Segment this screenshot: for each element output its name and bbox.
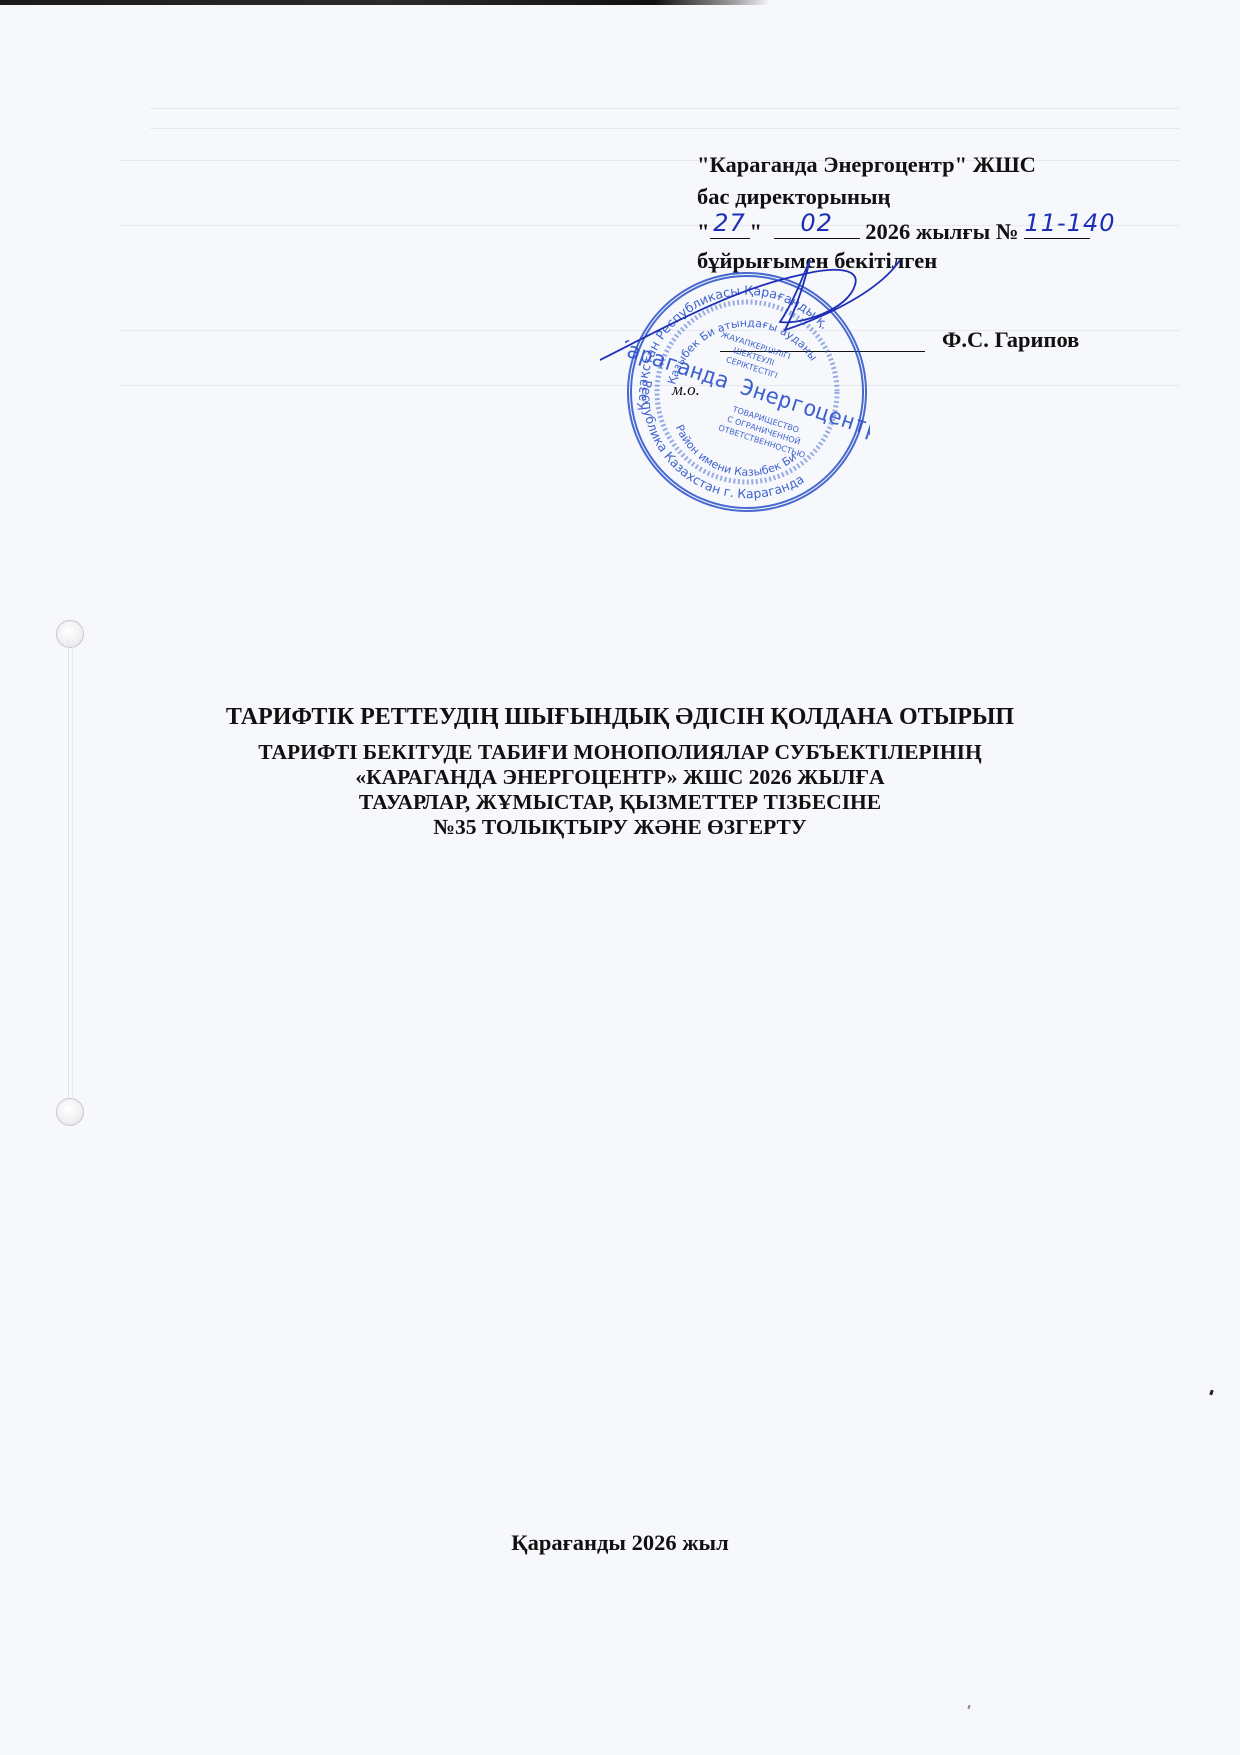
- date-month-handwritten: 02: [774, 208, 860, 238]
- svg-text:Район имени Казыбек Би: Район имени Казыбек Би: [673, 423, 799, 479]
- title-line-3: «КАРАГАНДА ЭНЕРГОЦЕНТР» ЖШС 2026 ЖЫЛҒА: [0, 765, 1240, 790]
- bleed-through-line: [150, 108, 1180, 109]
- svg-text:Республика Казахстан г. Карага: Республика Казахстан г. Караганда: [639, 380, 806, 502]
- binding-hole-bottom: [56, 1098, 84, 1126]
- date-day-handwritten: 27: [710, 208, 750, 238]
- title-line-5: №35 ТОЛЫҚТЫРУ ЖӘНЕ ӨЗГЕРТУ: [0, 815, 1240, 840]
- seal-place-mark: м.о.: [672, 380, 700, 400]
- place-and-year: Қарағанды 2026 жыл: [0, 1530, 1240, 1556]
- approval-company: "Караганда Энергоцентр" ЖШС: [697, 150, 1167, 182]
- document-title: ТАРИФТІК РЕТТЕУДІҢ ШЫҒЫНДЫҚ ӘДІСІН ҚОЛДА…: [0, 700, 1240, 840]
- svg-text:ТОВАРИЩЕСТВО: ТОВАРИЩЕСТВО: [731, 404, 800, 434]
- signature-row: Ф.С. Гарипов: [720, 327, 1190, 357]
- title-line-1: ТАРИФТІК РЕТТЕУДІҢ ШЫҒЫНДЫҚ ӘДІСІН ҚОЛДА…: [0, 700, 1240, 734]
- title-line-4: ТАУАРЛАР, ЖҰМЫСТАР, ҚЫЗМЕТТЕР ТІЗБЕСІНЕ: [0, 790, 1240, 815]
- signatory-name: Ф.С. Гарипов: [942, 327, 1079, 353]
- svg-text:ОТВЕТСТВЕННОСТЬЮ: ОТВЕТСТВЕННОСТЬЮ: [717, 423, 806, 460]
- scan-edge-shadow: [0, 0, 770, 5]
- bleed-through-line: [120, 385, 1180, 386]
- svg-text:СЕРІКТЕСТІГІ: СЕРІКТЕСТІГІ: [725, 355, 779, 380]
- date-day-field: 27: [710, 214, 750, 239]
- date-year-text: 2026 жылғы №: [865, 219, 1018, 244]
- scan-speck: [967, 1705, 970, 1709]
- title-line-2: ТАРИФТІ БЕКІТУДЕ ТАБИҒИ МОНОПОЛИЯЛАР СУБ…: [0, 740, 1240, 765]
- scan-speck: [1209, 1390, 1214, 1396]
- bleed-through-line: [150, 128, 1180, 129]
- order-number-handwritten: 11-140: [1020, 208, 1120, 238]
- company-seal-stamp: Қазақстан Республикасы Қарағанды қ. Қазы…: [625, 270, 870, 515]
- approval-approved-by: бұйрығымен бекітілген: [697, 246, 1167, 278]
- approval-block: "Караганда Энергоцентр" ЖШС бас директор…: [697, 150, 1167, 278]
- approval-date-line: "27" 02 2026 жылғы № 11-140: [697, 214, 1167, 246]
- date-open-quote: ": [697, 219, 710, 244]
- signature-line: [720, 351, 925, 352]
- svg-text:С ОГРАНИЧЕННОЙ: С ОГРАНИЧЕННОЙ: [726, 413, 802, 447]
- date-close-quote: ": [750, 219, 763, 244]
- date-month-field: 02: [774, 214, 860, 239]
- order-number-field: 11-140: [1024, 214, 1090, 239]
